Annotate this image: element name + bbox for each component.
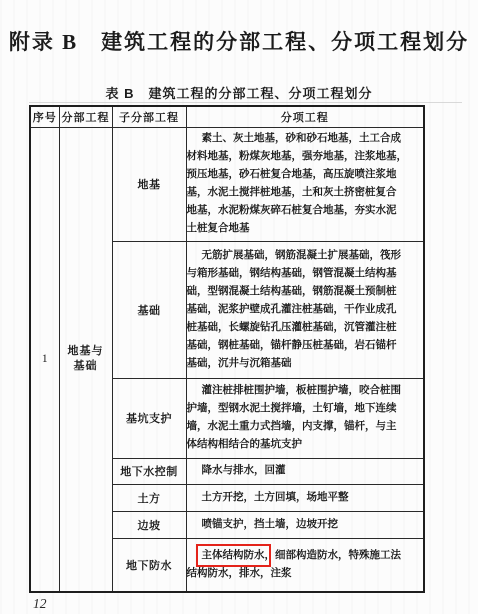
table-caption: 表 B 建筑工程的分部工程、分项工程划分 [0, 83, 478, 102]
sub-division-cell: 地下水控制 [112, 458, 186, 484]
header-sub-division: 子分部工程 [112, 106, 186, 127]
scan-streak [29, 102, 462, 103]
sub-division-cell: 土方 [112, 484, 186, 511]
red-annotation-box: 主体结构防水 [202, 550, 265, 561]
sub-division-cell: 地基 [112, 127, 186, 241]
items-cell: 主体结构防水，细部构造防水，特殊施工法 结构防水，排水，注浆 [186, 538, 424, 592]
items-cell: 素土、灰土地基，砂和砂石地基，土工合成 材料地基，粉煤灰地基，强夯地基，注浆地基… [186, 127, 424, 241]
serial-number-cell: 1 [30, 127, 59, 592]
items-cell: 土方开挖，土方回填，场地平整 [186, 484, 424, 511]
sub-division-cell: 基坑支护 [112, 378, 186, 458]
table-row: 1 地基与 基础 地基 素土、灰土地基，砂和砂石地基，土工合成 材料地基，粉煤灰… [30, 127, 424, 241]
items-cell: 降水与排水，回灌 [186, 458, 424, 484]
sub-division-cell: 边坡 [112, 511, 186, 538]
items-cell: 无筋扩展基础，钢筋混凝土扩展基础，筏形 与箱形基础，钢结构基础，钢管混凝土结构基… [186, 241, 424, 378]
items-cell: 喷锚支护，挡土墙，边坡开挖 [186, 511, 424, 538]
header-division: 分部工程 [59, 106, 112, 127]
page-number: 12 [33, 596, 47, 612]
items-cell: 灌注桩排桩围护墙，板桩围护墙，咬合桩围 护墙，型钢水泥土搅拌墙，土钉墙，地下连续… [186, 378, 424, 458]
header-items: 分项工程 [186, 106, 424, 127]
division-cell: 地基与 基础 [59, 127, 112, 592]
document-page: 附录 B 建筑工程的分部工程、分项工程划分 表 B 建筑工程的分部工程、分项工程… [0, 0, 478, 614]
division-table: 序号 分部工程 子分部工程 分项工程 1 地基与 基础 地基 素土、灰土地基，砂… [29, 105, 425, 593]
sub-division-cell: 基础 [112, 241, 186, 378]
page-title: 附录 B 建筑工程的分部工程、分项工程划分 [0, 26, 478, 56]
header-serial: 序号 [30, 106, 59, 127]
sub-division-cell: 地下防水 [112, 538, 186, 592]
table-header-row: 序号 分部工程 子分部工程 分项工程 [30, 106, 424, 127]
